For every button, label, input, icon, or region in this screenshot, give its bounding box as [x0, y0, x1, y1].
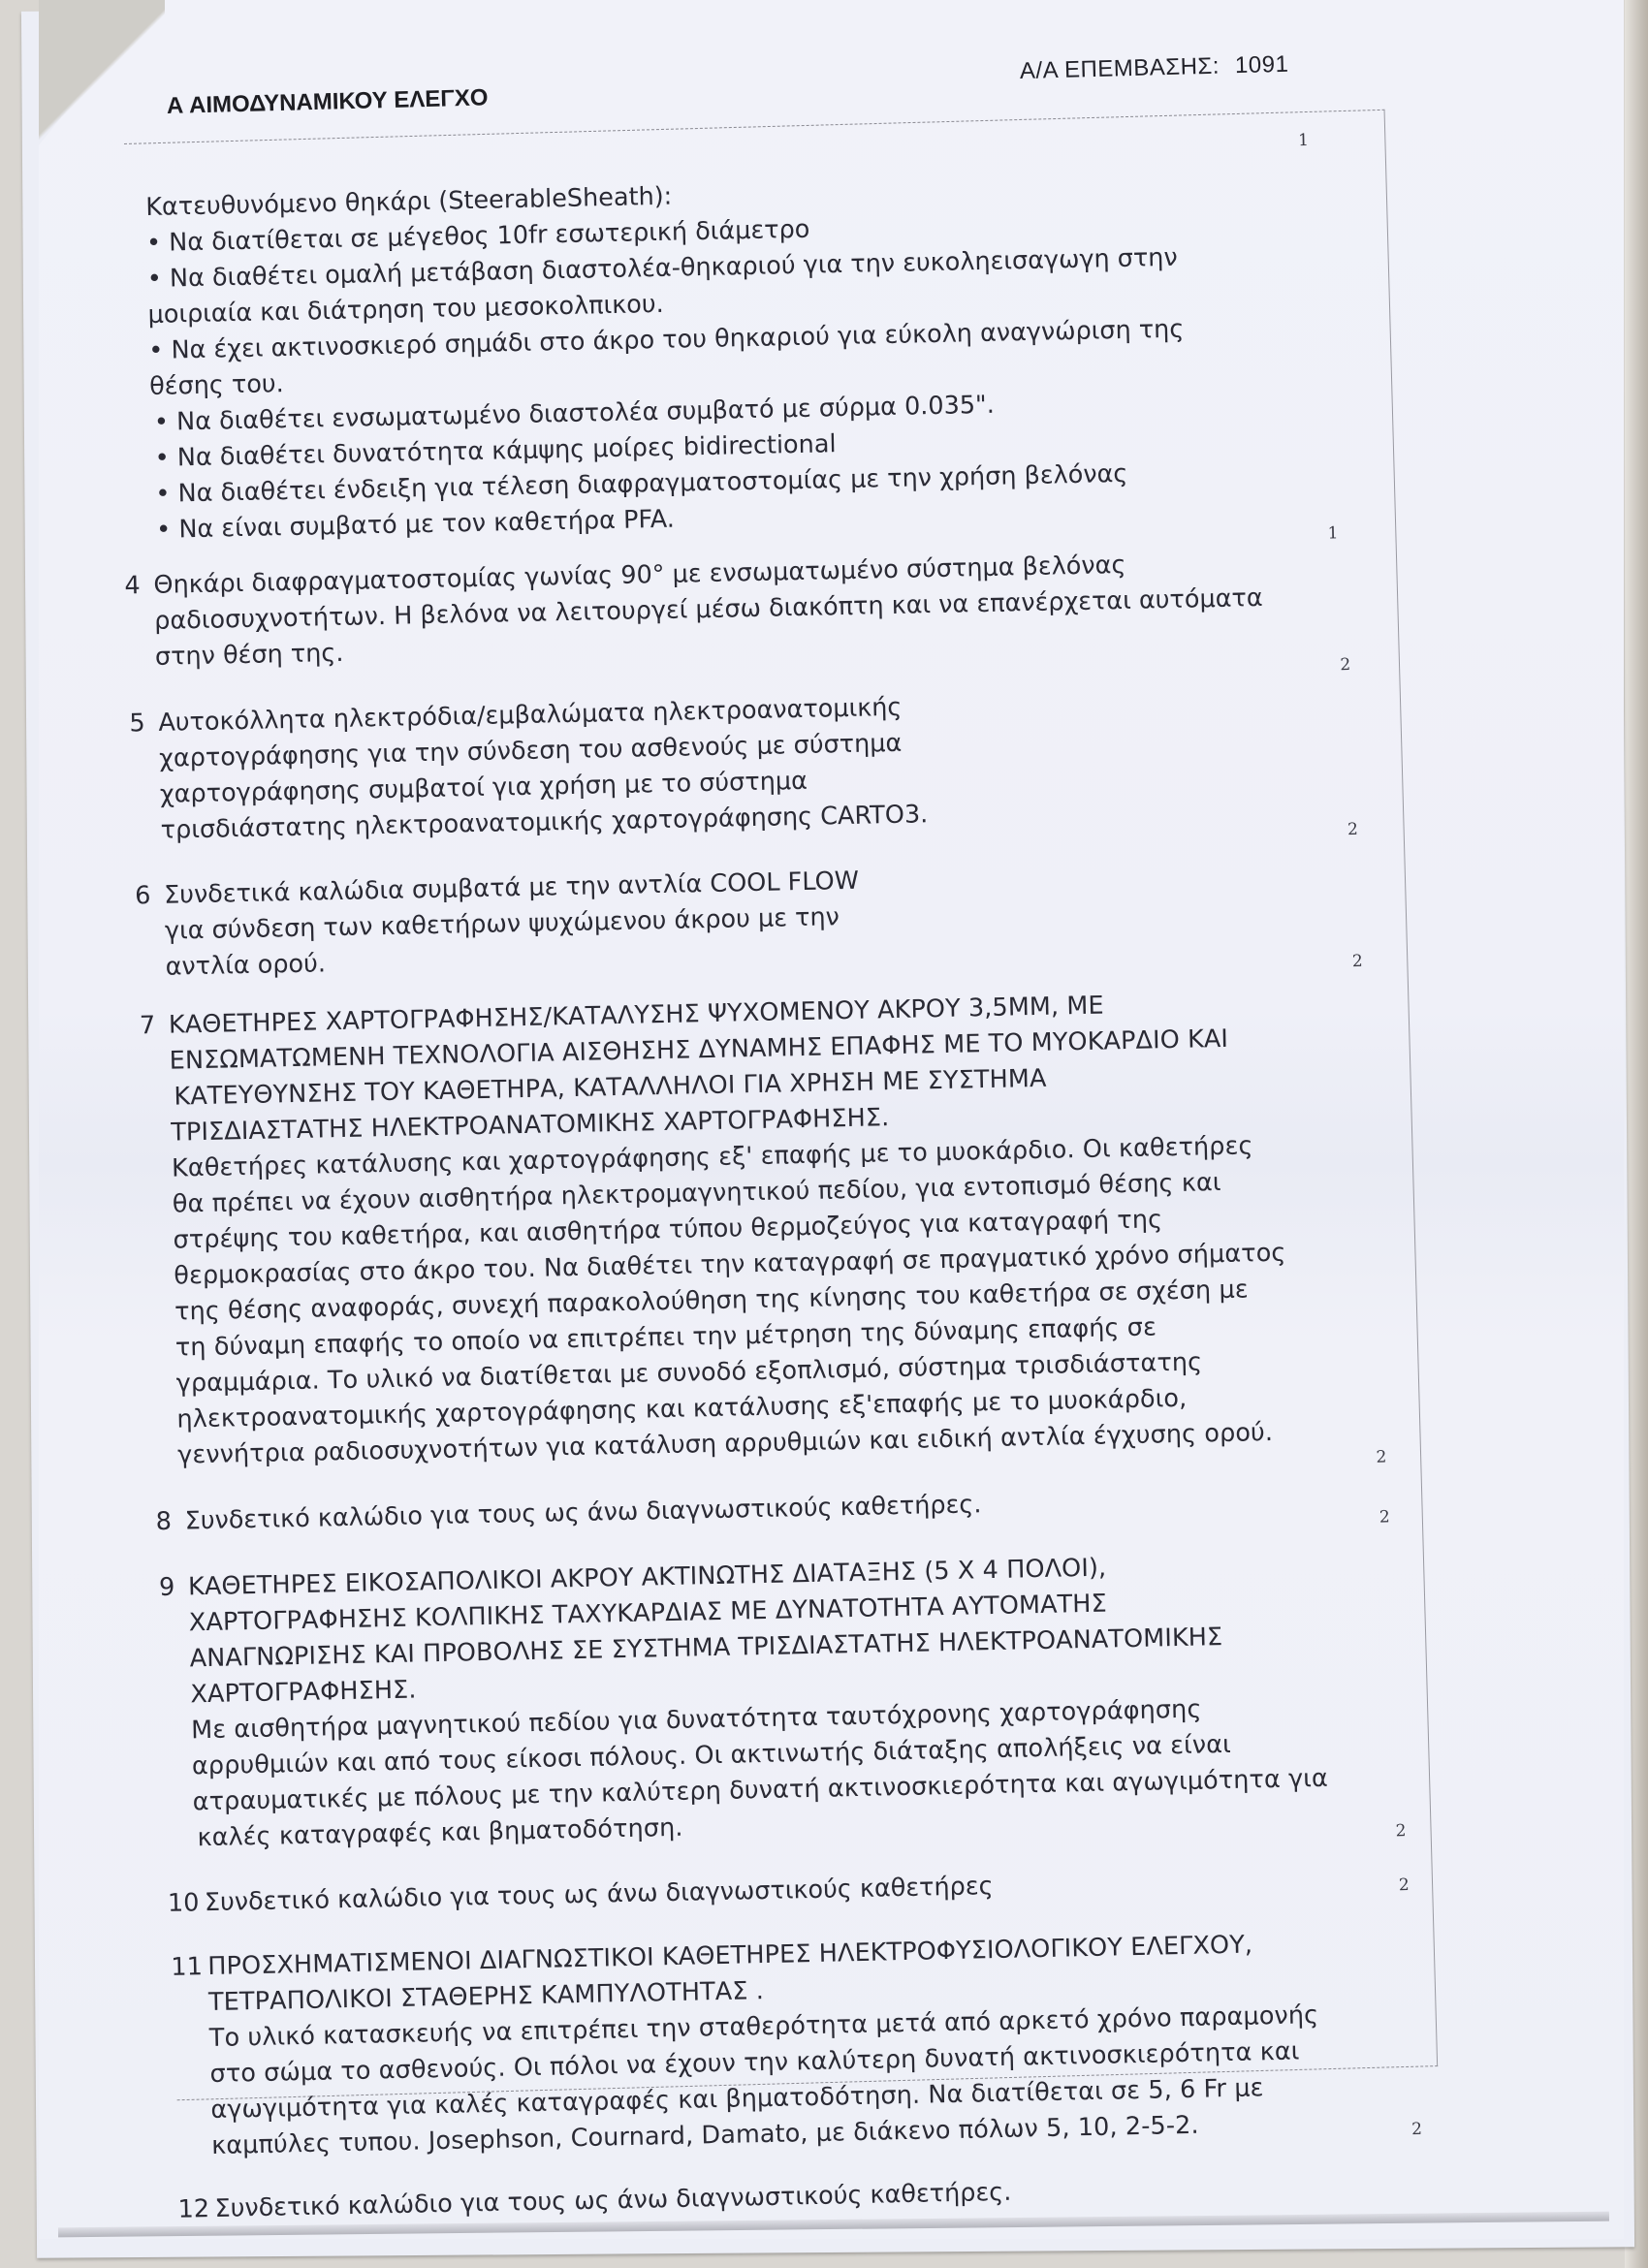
item-number: 6 — [135, 878, 165, 915]
quantity: 2 — [1411, 2120, 1422, 2139]
item-number: 8 — [155, 1503, 185, 1540]
quantity: 1 — [1298, 131, 1309, 150]
spec-item-10: 10Συνδετικό καλώδιο για τους ως άνω διαγ… — [168, 1869, 994, 1922]
spec-item-6: 6Συνδετικά καλώδια συμβατά με την αντλία… — [135, 864, 861, 987]
spec-line: Συνδετικό καλώδιο για τους ως άνω διαγνω… — [214, 2178, 1011, 2223]
spec-item-5: 5Αυτοκόλλητα ηλεκτρόδια/εμβαλώματα ηλεκτ… — [129, 689, 929, 849]
quantity: 1 — [1327, 523, 1338, 543]
item-number: 5 — [129, 706, 159, 742]
quantity: 2 — [1379, 1507, 1390, 1527]
specification-list: Κατευθυνόμενο θηκάρι (SteerableSheath): … — [0, 0, 1648, 2268]
quantity: 2 — [1340, 655, 1350, 675]
spec-item-9: 9ΚΑΘΕΤΗΡΕΣ ΕΙΚΟΣΑΠΟΛΙΚΟΙ ΑΚΡΟΥ ΑΚΤΙΝΩΤΗΣ… — [159, 1546, 1329, 1857]
spec-line: Συνδετικό καλώδιο για τους ως άνω διαγνω… — [205, 1872, 994, 1917]
quantity: 2 — [1376, 1447, 1386, 1466]
item-number: 4 — [124, 568, 154, 605]
spec-item-7: 7ΚΑΘΕΤΗΡΕΣ ΧΑΡΤΟΓΡΑΦΗΣΗΣ/ΚΑΤΑΛΥΣΗΣ ΨΥΧΟΜ… — [140, 985, 1290, 1475]
quantity: 2 — [1399, 1875, 1410, 1895]
item-number: 10 — [168, 1885, 206, 1922]
quantity: 2 — [1352, 952, 1363, 971]
item-number: 12 — [177, 2191, 215, 2228]
quantity: 2 — [1395, 1821, 1406, 1841]
item-number: 9 — [159, 1569, 189, 1606]
item-number: 7 — [140, 1008, 170, 1045]
spec-item-8: 8Συνδετικό καλώδιο για τους ως άνω διαγν… — [155, 1487, 981, 1540]
quantity: 2 — [1347, 820, 1358, 839]
spec-item-11: 11ΠΡΟΣΧΗΜΑΤΙΣΜΕΝΟΙ ΔΙΑΓΝΩΣΤΙΚΟΙ ΚΑΘΕΤΗΡΕ… — [171, 1926, 1321, 2165]
spec-item-4: 4Θηκάρι διαφραγματοστομίας γωνίας 90° με… — [124, 545, 1264, 677]
item-number: 11 — [171, 1949, 208, 1986]
spec-item-steerable-sheath: Κατευθυνόμενο θηκάρι (SteerableSheath): … — [145, 169, 1188, 549]
spec-line: Συνδετικό καλώδιο για τους ως άνω διαγνω… — [184, 1490, 981, 1535]
